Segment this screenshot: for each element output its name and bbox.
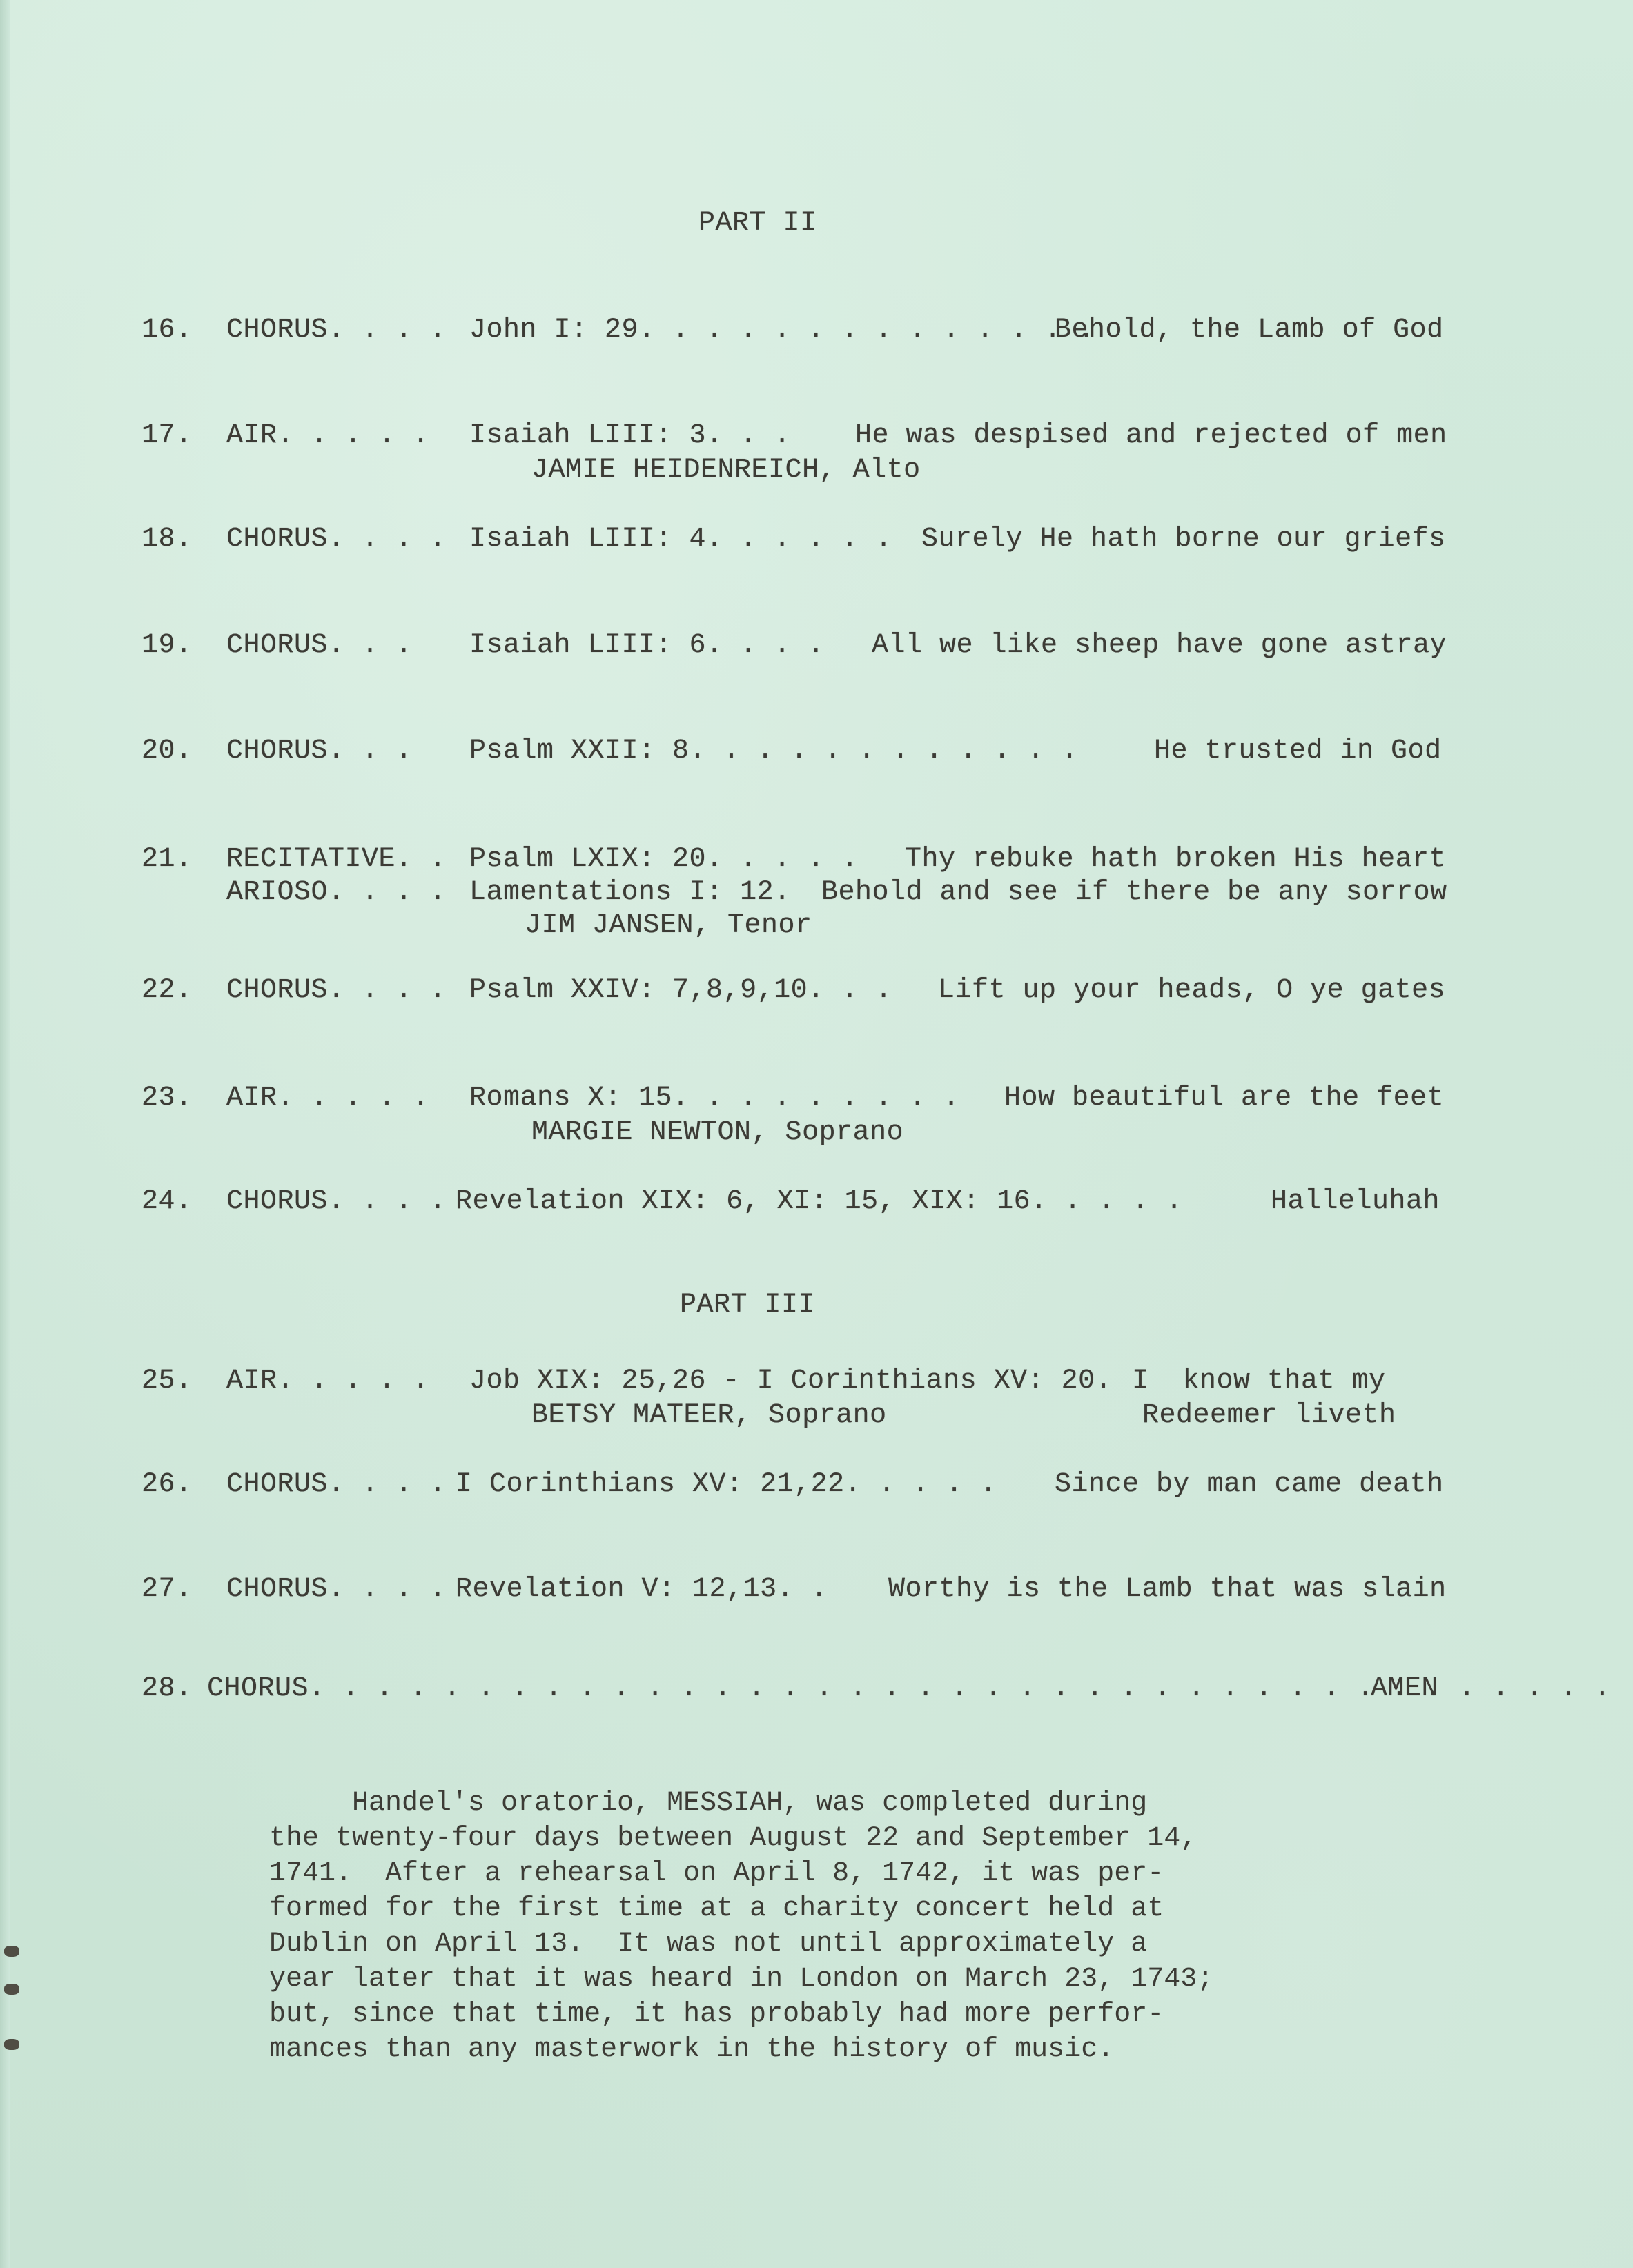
scripture-reference: Romans X: 15. . . . . . . . .	[469, 1082, 960, 1115]
scripture-reference: Psalm XXII: 8. . . . . . . . . . . .	[469, 735, 1078, 768]
movement-title: Behold and see if there be any sorrow	[821, 876, 1447, 909]
scripture-reference: Revelation XIX: 6, XI: 15, XIX: 16. . . …	[456, 1185, 1183, 1219]
movement-type: CHORUS. . .	[226, 629, 413, 662]
scripture-reference: Revelation V: 12,13. .	[456, 1573, 828, 1606]
movement-title: All we like sheep have gone astray	[872, 629, 1447, 662]
scripture-reference: Psalm LXIX: 20. . . . .	[469, 843, 859, 876]
movement-number: 21.	[141, 843, 193, 876]
movement-number: 16.	[141, 314, 193, 347]
scripture-reference: Lamentations I: 12.	[469, 876, 791, 909]
part-iii-heading: PART III	[680, 1289, 815, 1322]
movement-number: 24.	[141, 1185, 193, 1219]
soloist-credit: JAMIE HEIDENREICH, Alto	[531, 454, 921, 487]
movement-type: CHORUS. . .	[226, 735, 413, 768]
movement-number: 17.	[141, 420, 193, 453]
scripture-reference: John I: 29. . . . . . . . . . . . . .	[469, 314, 1095, 347]
movement-type: CHORUS. . . .	[226, 1573, 447, 1606]
movement-title: Halleluhah	[1271, 1185, 1440, 1219]
scripture-reference: Isaiah LIII: 3. . .	[469, 420, 791, 453]
movement-title: I know that my	[1132, 1365, 1386, 1398]
scripture-reference: Job XIX: 25,26 - I Corinthians XV: 20.	[469, 1365, 1112, 1398]
movement-type: CHORUS. . . .	[226, 1185, 447, 1219]
program-note-line: year later that it was heard in London o…	[269, 1962, 1235, 1997]
staple-icon	[4, 1946, 19, 1957]
movement-number: 28.	[141, 1673, 193, 1706]
movement-title: AMEN	[1371, 1673, 1438, 1706]
movement-type: CHORUS. . . .	[226, 974, 447, 1007]
movement-title: He trusted in God	[1154, 735, 1442, 768]
movement-title: Thy rebuke hath broken His heart	[905, 843, 1446, 876]
movement-type: AIR. . . . .	[226, 1082, 429, 1115]
movement-type: RECITATIVE. .	[226, 843, 447, 876]
movement-number: 18.	[141, 523, 193, 556]
scripture-reference: I Corinthians XV: 21,22. . . . .	[456, 1468, 997, 1501]
movement-title: How beautiful are the feet	[1004, 1082, 1444, 1115]
staple-icon	[4, 2039, 19, 2050]
movement-number: 20.	[141, 735, 193, 768]
program-note-line: mances than any masterwork in the histor…	[269, 2032, 1235, 2067]
program-note-line: Handel's oratorio, MESSIAH, was complete…	[269, 1786, 1235, 1821]
soloist-credit: BETSY MATEER, Soprano	[531, 1399, 887, 1432]
movement-title: Behold, the Lamb of God	[1055, 314, 1444, 347]
program-page: PART II 16.CHORUS. . . .John I: 29. . . …	[0, 0, 1633, 2268]
movement-type: AIR. . . . .	[226, 1365, 429, 1398]
movement-type: ARIOSO. . . .	[226, 876, 447, 909]
soloist-credit: JIM JANSEN, Tenor	[525, 909, 812, 943]
binding-edge	[0, 0, 10, 2268]
movement-number: 27.	[141, 1573, 193, 1606]
program-note-line: formed for the first time at a charity c…	[269, 1891, 1235, 1926]
staple-icon	[4, 1984, 19, 1995]
part-ii-heading: PART II	[698, 207, 817, 240]
movement-title: He was despised and rejected of men	[855, 420, 1447, 453]
movement-type: CHORUS. . . .	[226, 1468, 447, 1501]
movement-title: Since by man came death	[1055, 1468, 1444, 1501]
movement-title: Redeemer liveth	[1142, 1399, 1396, 1432]
movement-number: 19.	[141, 629, 193, 662]
movement-type: AIR. . . . .	[226, 420, 429, 453]
soloist-credit: MARGIE NEWTON, Soprano	[531, 1116, 903, 1150]
movement-type: CHORUS. . . .	[226, 523, 447, 556]
program-note-line: but, since that time, it has probably ha…	[269, 1997, 1235, 2032]
movement-number: 26.	[141, 1468, 193, 1501]
movement-title: Worthy is the Lamb that was slain	[888, 1573, 1447, 1606]
movement-type: CHORUS. . . .	[226, 314, 447, 347]
movement-number: 25.	[141, 1365, 193, 1398]
scripture-reference: Isaiah LIII: 6. . . .	[469, 629, 825, 662]
movement-number: 22.	[141, 974, 193, 1007]
scripture-reference: Isaiah LIII: 4. . . . . .	[469, 523, 892, 556]
movement-title: Lift up your heads, O ye gates	[938, 974, 1445, 1007]
movement-title: Surely He hath borne our griefs	[921, 523, 1446, 556]
program-note-line: Dublin on April 13. It was not until app…	[269, 1926, 1235, 1962]
program-note: Handel's oratorio, MESSIAH, was complete…	[269, 1786, 1235, 2067]
scripture-reference: Psalm XXIV: 7,8,9,10. . .	[469, 974, 892, 1007]
movement-number: 23.	[141, 1082, 193, 1115]
program-note-line: 1741. After a rehearsal on April 8, 1742…	[269, 1856, 1235, 1891]
program-note-line: the twenty-four days between August 22 a…	[269, 1821, 1235, 1856]
